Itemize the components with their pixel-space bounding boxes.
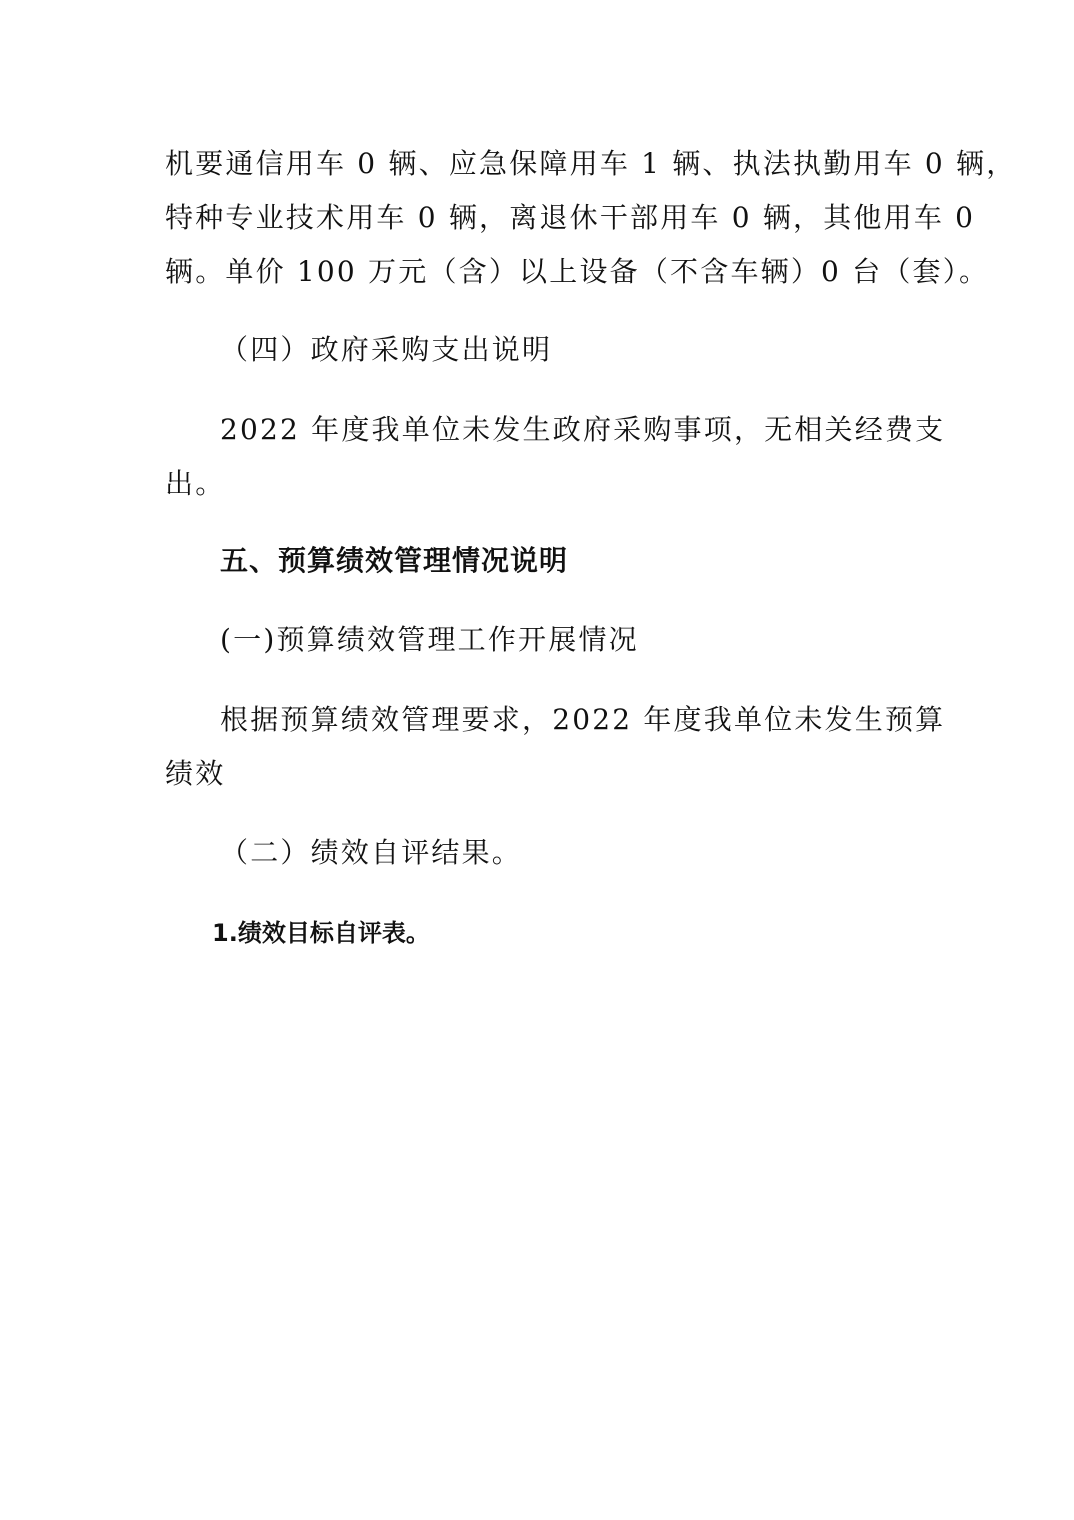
table-title: 1.绩效目标自评表。: [212, 915, 430, 951]
procurement-line-2: 出。: [165, 466, 225, 502]
performance-line-1: 根据预算绩效管理要求，2022 年度我单位未发生预算: [220, 702, 945, 738]
subsection-1-heading: (一)预算绩效管理工作开展情况: [220, 622, 639, 658]
subsection-2-heading: （二）绩效自评结果。: [220, 835, 522, 871]
section-5-heading: 五、预算绩效管理情况说明: [220, 543, 568, 579]
vehicles-line-1: 机要通信用车 0 辆、应急保障用车 1 辆、执法执勤用车 0 辆，: [165, 146, 1016, 182]
procurement-line-1: 2022 年度我单位未发生政府采购事项，无相关经费支: [220, 412, 945, 448]
procurement-heading: （四）政府采购支出说明: [220, 332, 552, 368]
vehicles-line-2: 特种专业技术用车 0 辆，离退休干部用车 0 辆，其他用车 0: [165, 200, 975, 236]
performance-line-2: 绩效: [165, 756, 225, 792]
vehicles-line-3: 辆。单价 100 万元（含）以上设备（不含车辆）0 台（套）。: [165, 254, 989, 290]
